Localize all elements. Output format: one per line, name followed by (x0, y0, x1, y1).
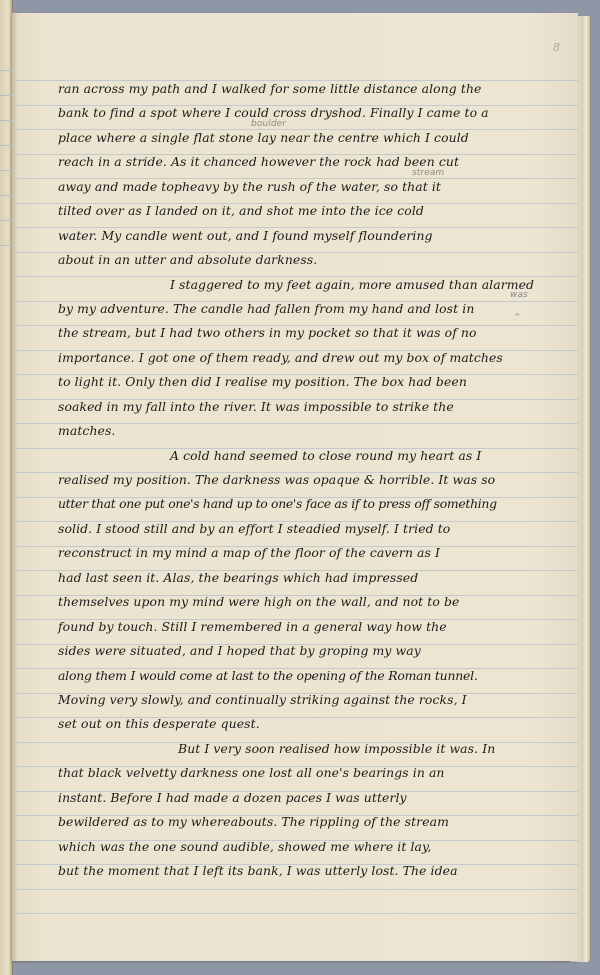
text-line: reach in a stride. As it chanced however… (58, 150, 563, 174)
notebook-page: 8 ran across my path and I walked for so… (12, 13, 578, 961)
text-line-content: away and made topheavy by the rush of th… (58, 179, 441, 194)
paragraph-start-line: But I very soon realised how impossible … (58, 737, 563, 761)
text-line: bewildered as to my whereabouts. The rip… (58, 810, 563, 834)
paragraph-start-line: A cold hand seemed to close round my hea… (58, 444, 563, 468)
text-line: bank to find a spot where I could cross … (58, 101, 563, 125)
text-line: that black velvetty darkness one lost al… (58, 761, 563, 785)
text-line-content: by my adventure. The candle had fallen f… (58, 301, 474, 316)
text-line: found by touch. Still I remembered in a … (58, 615, 563, 639)
text-line: to light it. Only then did I realise my … (58, 370, 563, 394)
pencil-annotation-stream: stream (412, 161, 444, 185)
text-line: soaked in my fall into the river. It was… (58, 395, 563, 419)
text-line: water. My candle went out, and I found m… (58, 224, 563, 248)
pencil-annotation-boulder: boulder (251, 112, 286, 136)
text-line: solid. I stood still and by an effort I … (58, 517, 563, 541)
text-line: Moving very slowly, and continually stri… (58, 688, 563, 712)
handwritten-text: ran across my path and I walked for some… (58, 77, 563, 883)
text-line: utter that one put one's hand up to one'… (58, 492, 563, 516)
text-line: had last seen it. Alas, the bearings whi… (58, 566, 563, 590)
page-number: 8 (553, 41, 560, 54)
text-line: themselves upon my mind were high on the… (58, 590, 563, 614)
text-line: reconstruct in my mind a map of the floo… (58, 541, 563, 565)
text-line: the stream, but I had two others in my p… (58, 321, 563, 345)
text-line: along them I would come at last to the o… (58, 664, 563, 688)
text-line: but the moment that I left its bank, I w… (58, 859, 563, 883)
paragraph-start-line: I staggered to my feet again, more amuse… (58, 273, 563, 297)
text-line: place where a single flat stone lay near… (58, 126, 563, 150)
text-line: instant. Before I had made a dozen paces… (58, 786, 563, 810)
text-line: by my adventure. The candle had fallen f… (58, 297, 563, 321)
text-line: which was the one sound audible, showed … (58, 835, 563, 859)
text-line: ran across my path and I walked for some… (58, 77, 563, 101)
text-line: matches. (58, 419, 563, 443)
pencil-annotation-was: was (510, 283, 528, 307)
text-line: importance. I got one of them ready, and… (58, 346, 563, 370)
text-line: about in an utter and absolute darkness. (58, 248, 563, 272)
text-line: sides were situated, and I hoped that by… (58, 639, 563, 663)
text-line: tilted over as I landed on it, and shot … (58, 199, 563, 223)
text-line: away and made topheavy by the rush of th… (58, 175, 563, 199)
text-line: set out on this desperate quest. (58, 712, 563, 736)
text-line: realised my position. The darkness was o… (58, 468, 563, 492)
